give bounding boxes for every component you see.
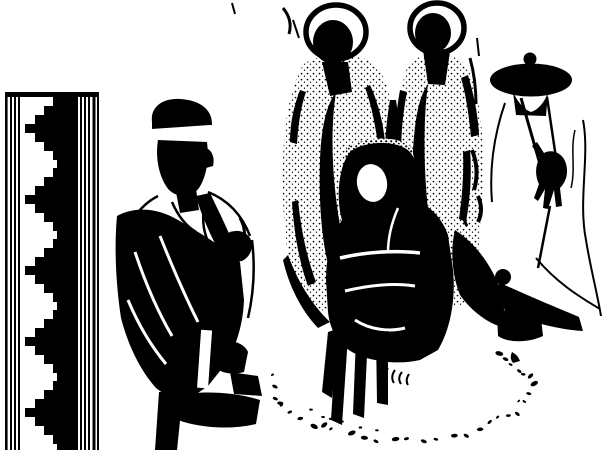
neck	[176, 189, 199, 213]
mat-dot	[321, 416, 325, 418]
face-right	[415, 13, 451, 53]
plate-image	[0, 0, 602, 450]
textile-border	[5, 92, 99, 450]
face-left	[313, 20, 353, 64]
mat-dot	[329, 418, 333, 420]
mat-dot	[309, 409, 313, 411]
mat-dot	[359, 426, 363, 428]
mat-dot	[375, 429, 379, 431]
mat-dot	[340, 420, 344, 422]
knee	[495, 269, 511, 285]
knob-neck	[526, 62, 534, 71]
